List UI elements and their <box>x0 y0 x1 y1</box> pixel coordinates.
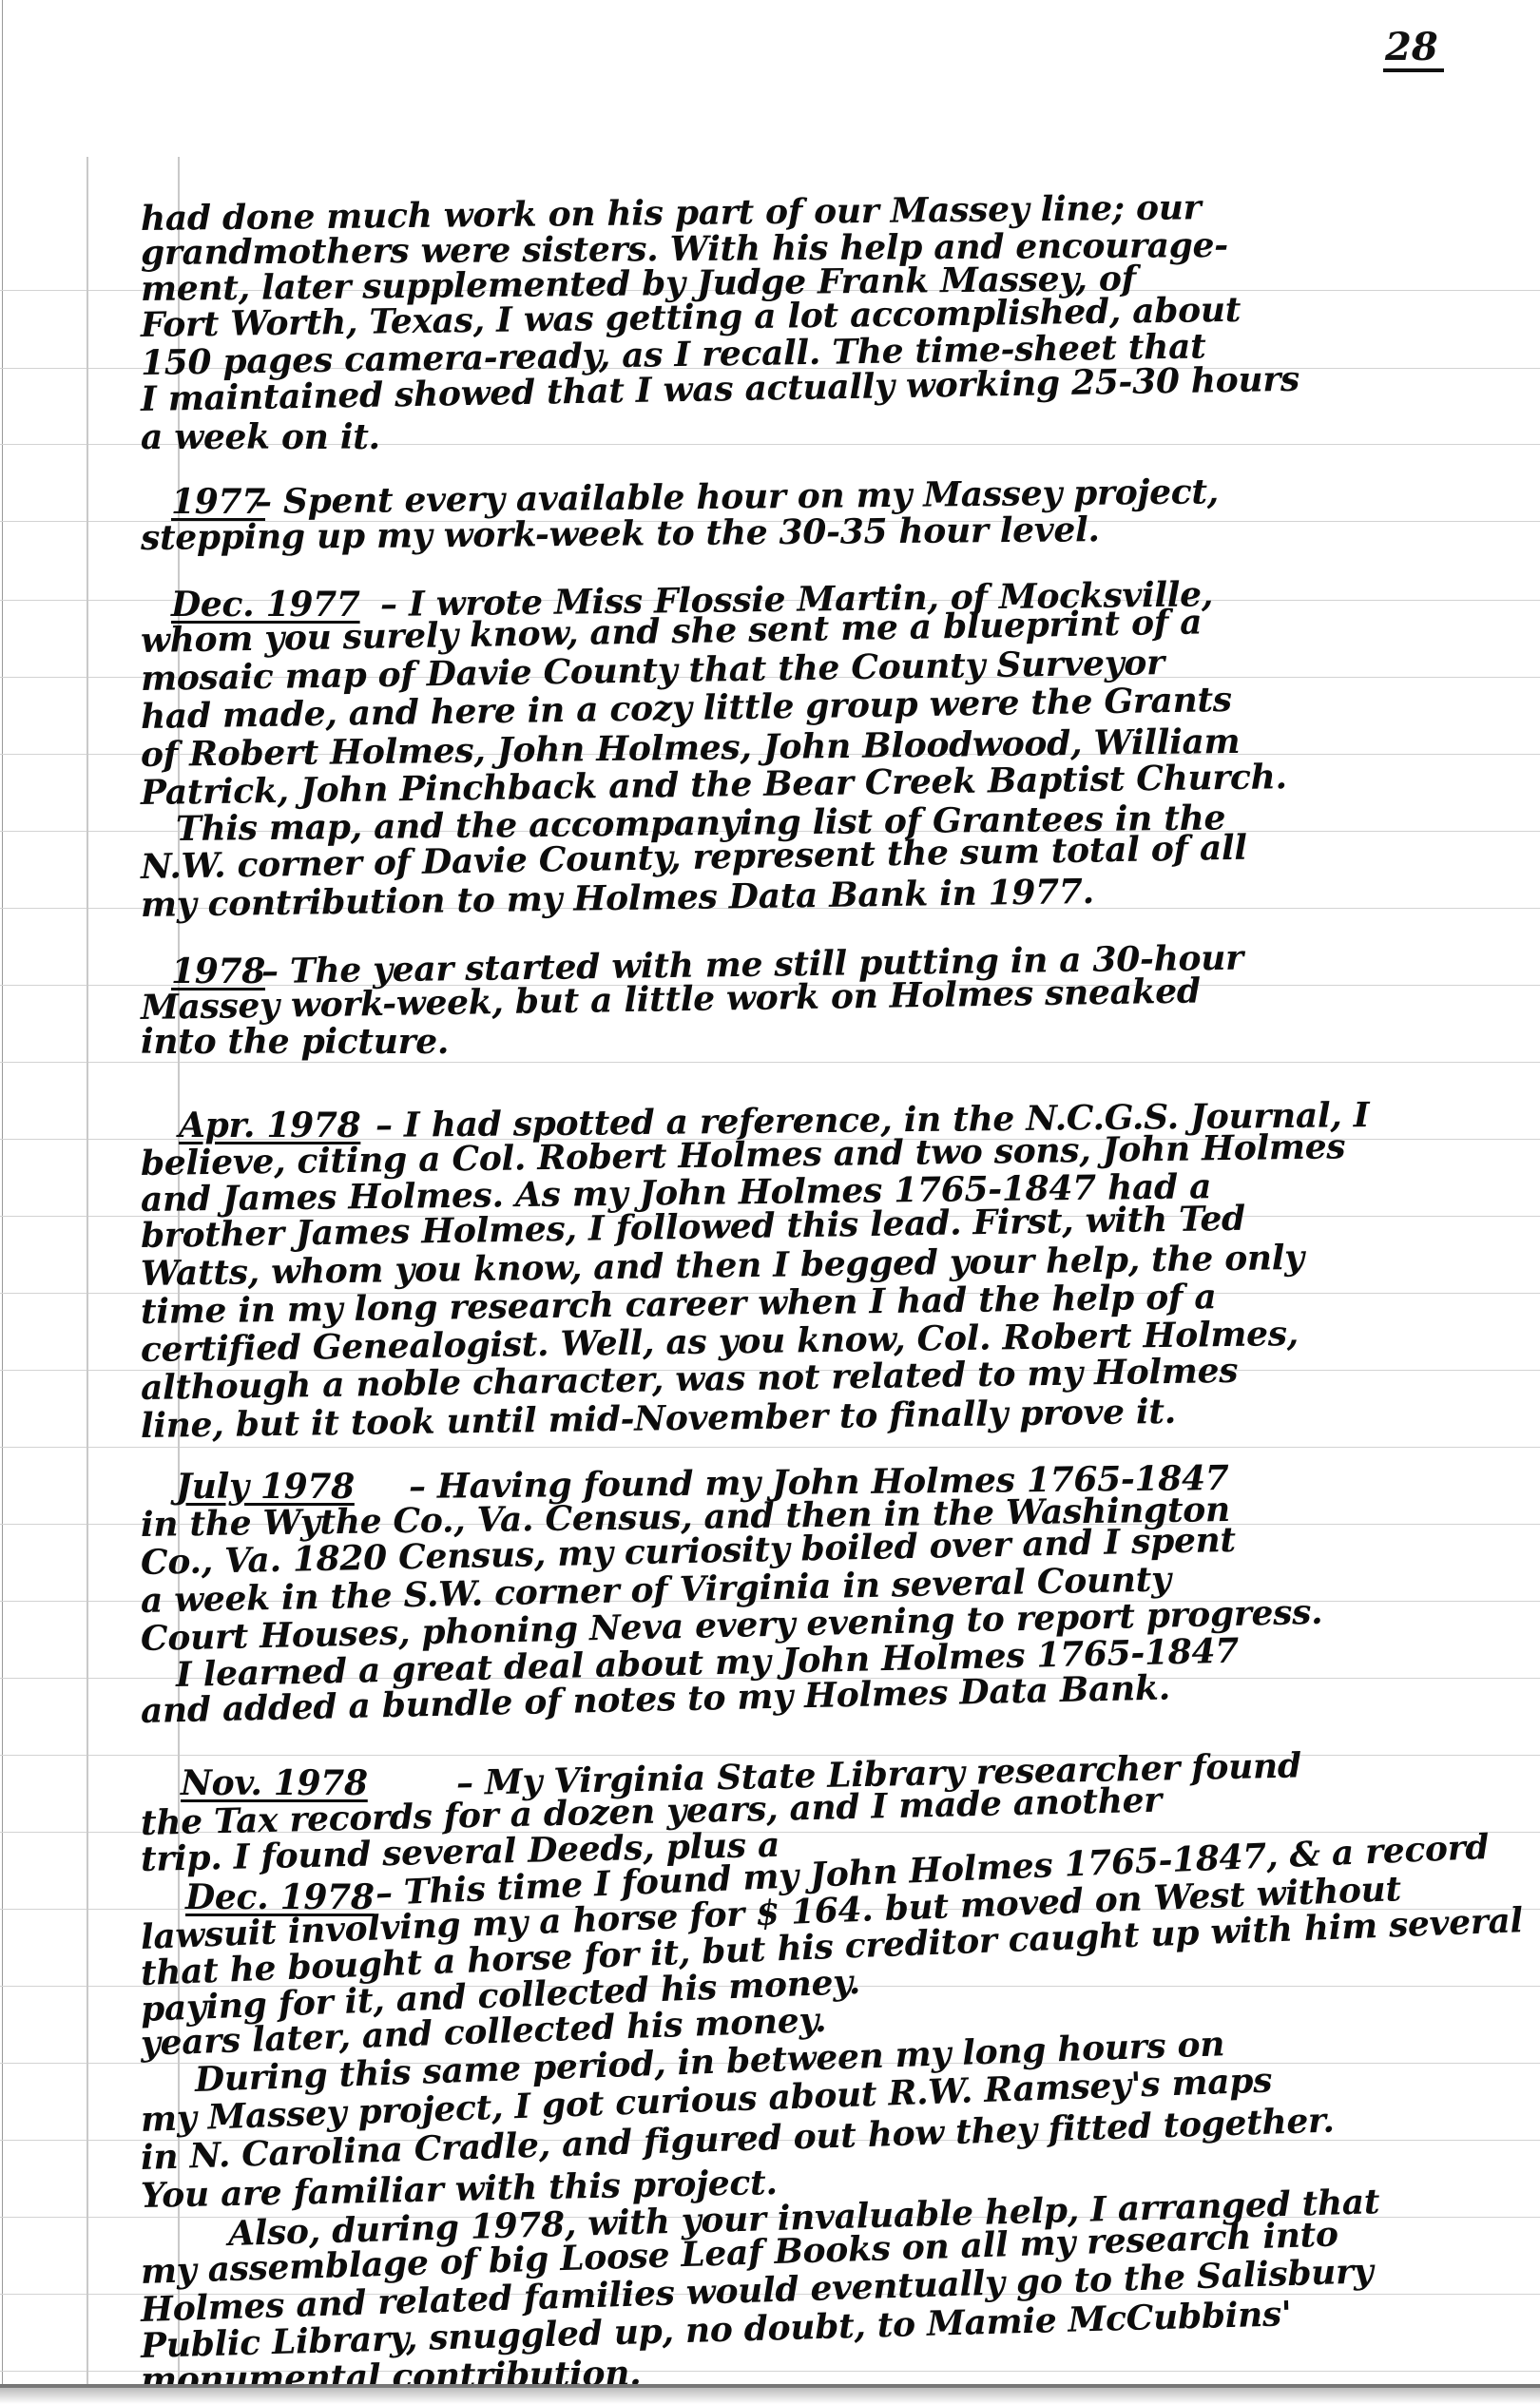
handwritten-line: a week on it. <box>141 418 380 456</box>
ruled-line <box>0 1755 1540 1756</box>
scan-shadow <box>0 2388 1540 2404</box>
page-number: 28 <box>1383 27 1444 72</box>
entry-date: Nov. 1978 <box>181 1764 368 1802</box>
handwritten-line: into the picture. <box>141 1023 449 1061</box>
margin-line <box>87 157 88 2386</box>
ruled-line <box>0 1447 1540 1448</box>
ruled-line <box>0 1062 1540 1063</box>
entry-date: 1977 <box>171 483 265 521</box>
notebook-page: 28 had done much work on his part of our… <box>0 0 1540 2386</box>
page-left-edge <box>2 0 3 2386</box>
entry-date: July 1978 <box>176 1468 355 1506</box>
handwritten-line: stepping up my work-week to the 30-35 ho… <box>141 510 1100 557</box>
entry-date: 1978 <box>171 952 265 990</box>
entry-date: Apr. 1978 <box>179 1106 360 1144</box>
